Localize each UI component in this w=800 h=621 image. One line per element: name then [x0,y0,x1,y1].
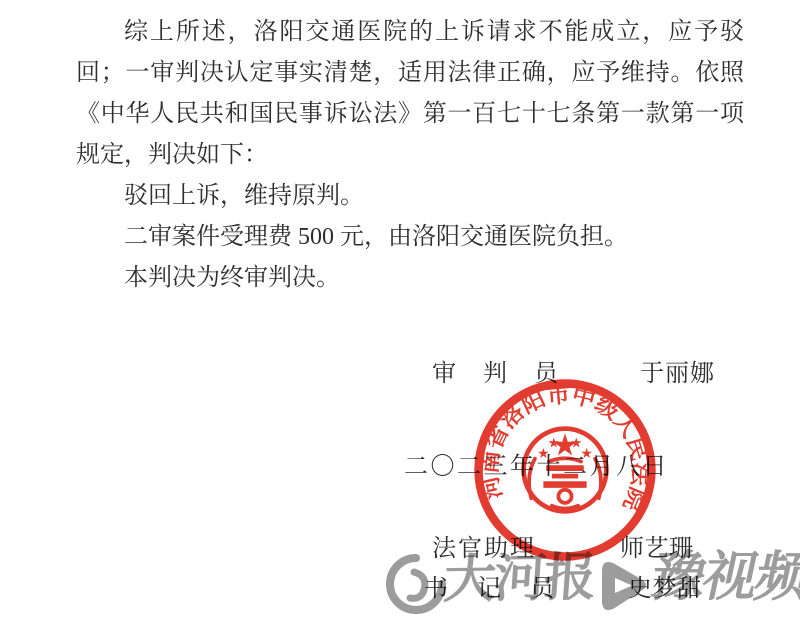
clerk-role-label: 书记员 [424,568,583,603]
emblem-small-star-1: ★ [538,448,549,460]
body-paragraph-final: 本判决为终审判决。 [76,258,744,299]
court-seal-graphic: ★ ★ ★ ★ 河南省洛阳市中级人民法院 [471,376,659,564]
emblem-ribbon [552,506,578,509]
emblem-small-star-4: ★ [581,448,592,460]
dahe-icon-swirl [410,572,425,598]
body-paragraph-fee: 二审案件受理费 500 元，由洛阳交通医院负担。 [76,217,744,258]
court-seal: ★ ★ ★ ★ 河南省洛阳市中级人民法院 [471,376,659,564]
judgment-body: 综上所述，洛阳交通医院的上诉请求不能成立，应予驳回；一审判决认定事实清楚，适用法… [76,12,744,299]
emblem-gear [558,490,571,503]
emblem-gate-roof [549,458,581,461]
emblem-gate-middle [552,474,578,479]
clerk-name: 史梦甜 [628,568,702,603]
emblem-small-star-2: ★ [548,438,559,450]
body-paragraph-conclusion: 综上所述，洛阳交通医院的上诉请求不能成立，应予驳回；一审判决认定事实清楚，适用法… [76,12,744,176]
court-judgment-page: { "document": { "paragraphs": [ "综上所述，洛阳… [0,0,800,621]
emblem-gate-base [543,481,586,488]
body-paragraph-ruling: 驳回上诉，维持原判。 [76,176,744,217]
emblem-gate-upper [546,465,584,471]
